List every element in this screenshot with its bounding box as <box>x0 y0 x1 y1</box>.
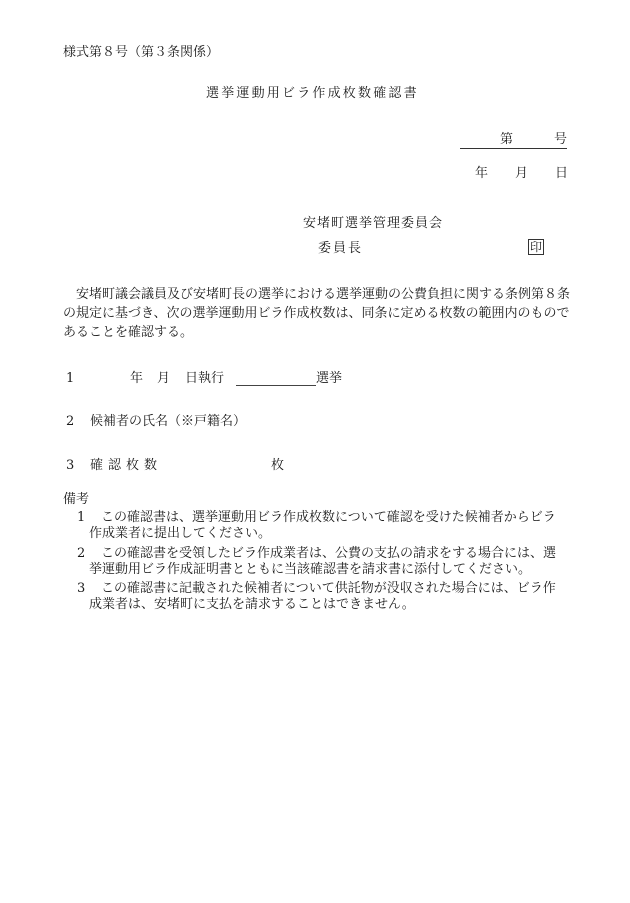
item-1-number: 1 <box>66 372 74 385</box>
body-paragraph: 安堵町議会議員及び安堵町長の選挙における選挙運動の公費負担に関する条例第８条の規… <box>63 285 573 342</box>
note-item: 3この確認書に記載された候補者について供託物が没収された場合には、ビラ作 成業者… <box>77 581 572 613</box>
note-number: 2 <box>77 546 101 562</box>
note-text: この確認書は、選挙運動用ビラ作成枚数について確認を受けた候補者からビラ <box>101 510 556 525</box>
note-item: 2この確認書を受領したビラ作成業者は、公費の支払の請求をする場合には、選 挙運動… <box>77 546 572 578</box>
note-number: 3 <box>77 581 101 597</box>
note-text: この確認書を受領したビラ作成業者は、公費の支払の請求をする場合には、選 <box>101 546 556 561</box>
date-month-label: 月 <box>515 167 528 180</box>
note-text: この確認書に記載された候補者について供託物が没収された場合には、ビラ作 <box>101 581 556 596</box>
item-1-election-label: 選挙 <box>316 372 342 385</box>
form-number: 様式第８号（第３条関係） <box>63 46 219 59</box>
note-text-cont: 挙運動用ビラ作成証明書とともに当該確認書を請求書に添付してください。 <box>77 562 572 578</box>
item-1-year-label: 年 <box>130 372 143 385</box>
candidate-name-label: 候補者の氏名（※戸籍名） <box>90 415 246 428</box>
number-go-label: 号 <box>554 133 567 146</box>
date-year-label: 年 <box>475 167 488 180</box>
number-dai-label: 第 <box>500 133 513 146</box>
seal-mark: 印 <box>528 239 544 255</box>
document-number-field[interactable] <box>460 133 567 149</box>
note-text-cont: 成業者は、安堵町に支払を請求することはできません。 <box>77 597 572 613</box>
document-title: 選挙運動用ビラ作成枚数確認書 <box>206 87 419 100</box>
notes-title: 備考 <box>63 493 89 506</box>
note-item: 1この確認書は、選挙運動用ビラ作成枚数について確認を受けた候補者からビラ 作成業… <box>77 510 572 542</box>
item-1-exec-label: 日執行 <box>185 372 224 385</box>
issuer-chair: 委員長 <box>318 242 363 255</box>
confirmed-count-unit: 枚 <box>271 459 284 472</box>
item-1-month-label: 月 <box>157 372 170 385</box>
date-day-label: 日 <box>555 167 568 180</box>
issuer-committee: 安堵町選挙管理委員会 <box>303 217 443 230</box>
item-2-number: 2 <box>66 415 74 428</box>
note-number: 1 <box>77 510 101 526</box>
confirmed-count-label: 確認枚数 <box>90 459 162 472</box>
election-name-field[interactable] <box>236 371 316 386</box>
item-3-number: 3 <box>66 459 74 472</box>
note-text-cont: 作成業者に提出してください。 <box>77 526 572 542</box>
